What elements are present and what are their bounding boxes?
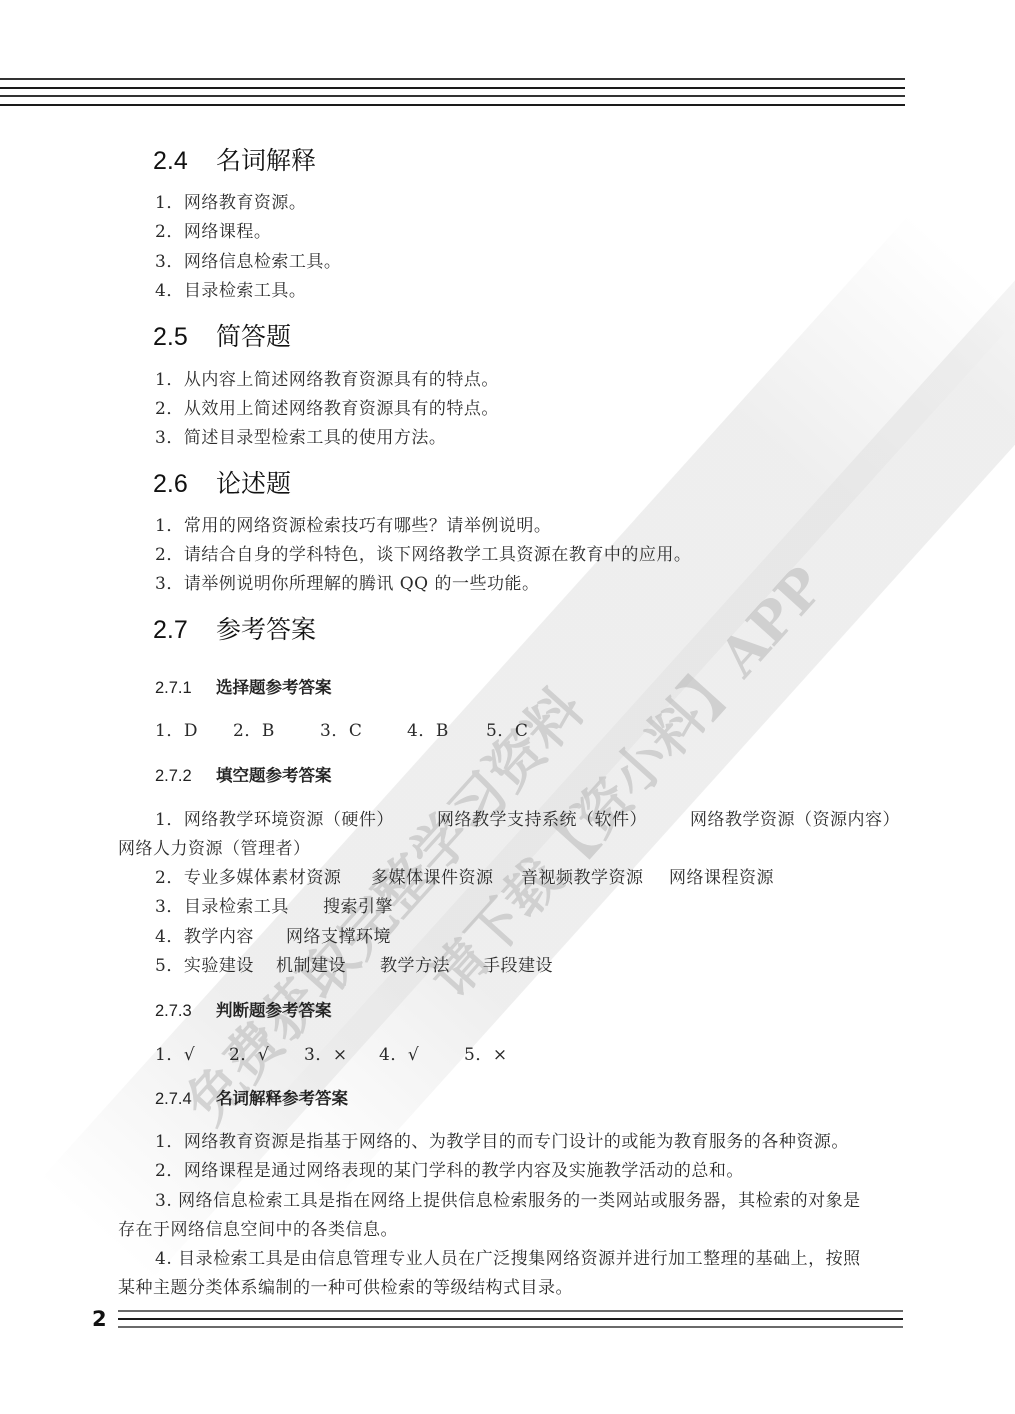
header-rules (0, 78, 905, 108)
fill-answer: 搜索引擎 (323, 892, 393, 917)
answer-item: 4．B (407, 716, 449, 741)
answer-item: 3．C (320, 716, 362, 741)
subsection-title: 判断题参考答案 (216, 1002, 332, 1020)
fill-answer: 手段建设 (483, 951, 553, 976)
subsection-number: 2.7.4 (155, 1090, 216, 1109)
answer-item: 2．B (233, 716, 275, 741)
section-heading-2-7: 2.7参考答案 (153, 610, 316, 646)
subsection-heading-2-7-3: 2.7.3判断题参考答案 (155, 997, 332, 1021)
watermark-band (250, 164, 1015, 1204)
list-item: 3．请举例说明你所理解的腾讯 QQ 的一些功能。 (155, 569, 540, 594)
fill-answer: 机制建设 (276, 951, 346, 976)
answer-item: 1．√ (155, 1040, 195, 1065)
fill-answer: 网络教学支持系统（软件） (437, 805, 647, 830)
answer-item: 2．√ (229, 1040, 269, 1065)
section-number: 2.7 (153, 616, 216, 645)
answer-item: 5．C (486, 716, 528, 741)
rule (118, 1326, 903, 1328)
section-number: 2.4 (153, 147, 216, 176)
answer-item: 1．D (155, 716, 198, 741)
rule (0, 87, 905, 89)
section-title: 参考答案 (216, 616, 316, 644)
rule (118, 1318, 903, 1320)
section-title: 名词解释 (216, 147, 316, 175)
definition-line: 3. 网络信息检索工具是指在网络上提供信息检索服务的一类网站或服务器，其检索的对… (155, 1186, 861, 1211)
definition-line: 4. 目录检索工具是由信息管理专业人员在广泛搜集网络资源并进行加工整理的基础上，… (155, 1244, 861, 1269)
fill-answer: 4．教学内容 (155, 922, 254, 947)
section-number: 2.5 (153, 323, 216, 352)
section-number: 2.6 (153, 470, 216, 499)
fill-answer: 5．实验建设 (155, 951, 254, 976)
section-heading-2-4: 2.4名词解释 (153, 141, 316, 177)
fill-answer: 多媒体课件资源 (371, 863, 494, 888)
answer-item: 4．√ (379, 1040, 419, 1065)
rule (0, 78, 905, 80)
subsection-heading-2-7-2: 2.7.2填空题参考答案 (155, 762, 332, 786)
definition-line: 1．网络教育资源是指基于网络的、为教学目的而专门设计的或能为教育服务的各种资源。 (155, 1127, 849, 1152)
list-item: 2．网络课程。 (155, 217, 271, 242)
section-title: 简答题 (216, 323, 291, 351)
fill-answer: 教学方法 (380, 951, 450, 976)
list-item: 1．常用的网络资源检索技巧有哪些？请举例说明。 (155, 511, 551, 536)
list-item: 3．简述目录型检索工具的使用方法。 (155, 423, 446, 448)
fill-answer: 网络教学资源（资源内容） (690, 805, 900, 830)
answer-item: 5．× (464, 1040, 508, 1065)
section-title: 论述题 (216, 470, 291, 498)
list-item: 4．目录检索工具。 (155, 276, 306, 301)
definition-line: 存在于网络信息空间中的各类信息。 (118, 1215, 398, 1240)
footer-rules (118, 1308, 903, 1330)
rule (118, 1310, 903, 1312)
rule (0, 104, 905, 106)
definition-line: 某种主题分类体系编制的一种可供检索的等级结构式目录。 (118, 1273, 573, 1298)
subsection-heading-2-7-4: 2.7.4名词解释参考答案 (155, 1085, 348, 1109)
fill-answer: 网络支撑环境 (286, 922, 391, 947)
list-item: 2．从效用上简述网络教育资源具有的特点。 (155, 394, 499, 419)
fill-answer: 1．网络教学环境资源（硬件） (155, 805, 394, 830)
fill-answer: 网络人力资源（管理者） (118, 834, 311, 859)
section-heading-2-5: 2.5简答题 (153, 317, 291, 353)
rule (0, 95, 905, 97)
list-item: 2．请结合自身的学科特色，谈下网络教学工具资源在教育中的应用。 (155, 540, 691, 565)
subsection-title: 名词解释参考答案 (216, 1090, 348, 1108)
fill-answer: 3．目录检索工具 (155, 892, 289, 917)
page-number: 2 (92, 1307, 107, 1331)
watermark-line-2: 请下载【资小料】APP (410, 547, 839, 1011)
subsection-number: 2.7.3 (155, 1002, 216, 1021)
subsection-heading-2-7-1: 2.7.1选择题参考答案 (155, 674, 332, 698)
subsection-number: 2.7.2 (155, 767, 216, 786)
subsection-title: 填空题参考答案 (216, 767, 332, 785)
section-heading-2-6: 2.6论述题 (153, 464, 291, 500)
list-item: 3．网络信息检索工具。 (155, 247, 341, 272)
answer-item: 3．× (304, 1040, 348, 1065)
subsection-title: 选择题参考答案 (216, 679, 332, 697)
list-item: 1．网络教育资源。 (155, 188, 306, 213)
definition-line: 2．网络课程是通过网络表现的某门学科的教学内容及实施教学活动的总和。 (155, 1156, 744, 1181)
fill-answer: 网络课程资源 (669, 863, 774, 888)
list-item: 1．从内容上简述网络教育资源具有的特点。 (155, 365, 499, 390)
subsection-number: 2.7.1 (155, 679, 216, 698)
fill-answer: 2．专业多媒体素材资源 (155, 863, 341, 888)
fill-answer: 音视频教学资源 (521, 863, 644, 888)
